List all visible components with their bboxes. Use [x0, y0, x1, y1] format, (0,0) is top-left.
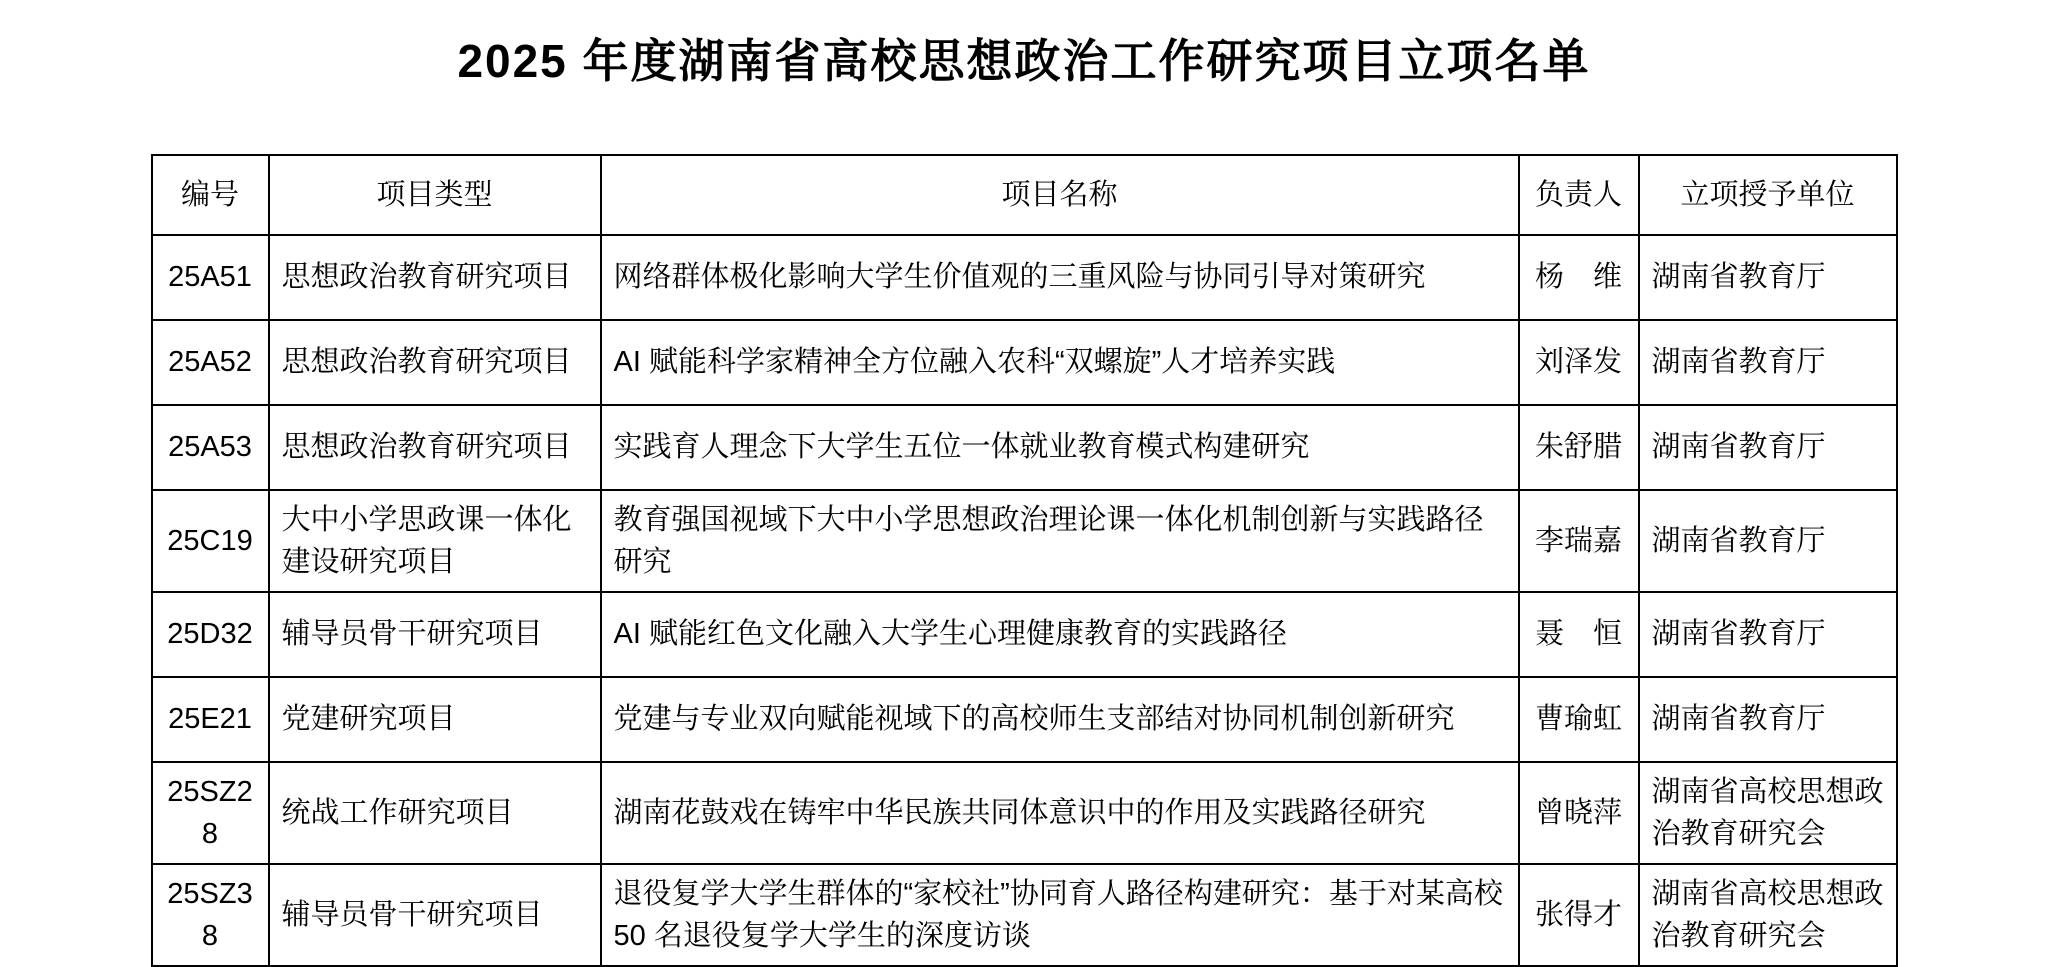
- cell-project-unit: 湖南省教育厅: [1639, 677, 1897, 762]
- cell-project-name: 党建与专业双向赋能视域下的高校师生支部结对协同机制创新研究: [601, 677, 1519, 762]
- table-body: 25A51 思想政治教育研究项目 网络群体极化影响大学生价值观的三重风险与协同引…: [152, 235, 1897, 966]
- cell-project-leader: 曹瑜虹: [1519, 677, 1639, 762]
- cell-project-name: 退役复学大学生群体的“家校社”协同育人路径构建研究：基于对某高校 50 名退役复…: [601, 864, 1519, 966]
- cell-project-id: 25A53: [152, 405, 269, 490]
- cell-project-unit: 湖南省教育厅: [1639, 320, 1897, 405]
- cell-project-leader: 张得才: [1519, 864, 1639, 966]
- cell-project-type: 大中小学思政课一体化建设研究项目: [269, 490, 601, 592]
- cell-project-id: 25SZ28: [152, 762, 269, 864]
- cell-project-name: 湖南花鼓戏在铸牢中华民族共同体意识中的作用及实践路径研究: [601, 762, 1519, 864]
- document-page: 2025 年度湖南省高校思想政治工作研究项目立项名单 编号 项目类型 项目名称 …: [0, 0, 2048, 967]
- cell-project-leader: 曾晓萍: [1519, 762, 1639, 864]
- cell-project-name: AI 赋能科学家精神全方位融入农科“双螺旋”人才培养实践: [601, 320, 1519, 405]
- table-row: 25A52 思想政治教育研究项目 AI 赋能科学家精神全方位融入农科“双螺旋”人…: [152, 320, 1897, 405]
- cell-project-leader: 聂 恒: [1519, 592, 1639, 677]
- table-row: 25E21 党建研究项目 党建与专业双向赋能视域下的高校师生支部结对协同机制创新…: [152, 677, 1897, 762]
- cell-project-id: 25D32: [152, 592, 269, 677]
- table-row: 25A53 思想政治教育研究项目 实践育人理念下大学生五位一体就业教育模式构建研…: [152, 405, 1897, 490]
- cell-project-type: 思想政治教育研究项目: [269, 320, 601, 405]
- cell-project-leader: 李瑞嘉: [1519, 490, 1639, 592]
- cell-project-name: AI 赋能红色文化融入大学生心理健康教育的实践路径: [601, 592, 1519, 677]
- table-row: 25A51 思想政治教育研究项目 网络群体极化影响大学生价值观的三重风险与协同引…: [152, 235, 1897, 320]
- cell-project-unit: 湖南省教育厅: [1639, 405, 1897, 490]
- cell-project-type: 辅导员骨干研究项目: [269, 864, 601, 966]
- cell-project-id: 25SZ38: [152, 864, 269, 966]
- cell-project-name: 实践育人理念下大学生五位一体就业教育模式构建研究: [601, 405, 1519, 490]
- cell-project-id: 25E21: [152, 677, 269, 762]
- cell-project-id: 25C19: [152, 490, 269, 592]
- cell-project-unit: 湖南省教育厅: [1639, 490, 1897, 592]
- header-row: 编号 项目类型 项目名称 负责人 立项授予单位: [152, 155, 1897, 235]
- cell-project-id: 25A51: [152, 235, 269, 320]
- column-header-id: 编号: [152, 155, 269, 235]
- projects-table: 编号 项目类型 项目名称 负责人 立项授予单位 25A51 思想政治教育研究项目…: [151, 154, 1898, 967]
- cell-project-type: 辅导员骨干研究项目: [269, 592, 601, 677]
- cell-project-type: 党建研究项目: [269, 677, 601, 762]
- cell-project-leader: 刘泽发: [1519, 320, 1639, 405]
- table-header: 编号 项目类型 项目名称 负责人 立项授予单位: [152, 155, 1897, 235]
- cell-project-name: 网络群体极化影响大学生价值观的三重风险与协同引导对策研究: [601, 235, 1519, 320]
- cell-project-unit: 湖南省高校思想政治教育研究会: [1639, 762, 1897, 864]
- cell-project-leader: 朱舒腊: [1519, 405, 1639, 490]
- cell-project-id: 25A52: [152, 320, 269, 405]
- table-row: 25C19 大中小学思政课一体化建设研究项目 教育强国视域下大中小学思想政治理论…: [152, 490, 1897, 592]
- cell-project-unit: 湖南省教育厅: [1639, 235, 1897, 320]
- cell-project-leader: 杨 维: [1519, 235, 1639, 320]
- table-row: 25D32 辅导员骨干研究项目 AI 赋能红色文化融入大学生心理健康教育的实践路…: [152, 592, 1897, 677]
- cell-project-unit: 湖南省高校思想政治教育研究会: [1639, 864, 1897, 966]
- cell-project-name: 教育强国视域下大中小学思想政治理论课一体化机制创新与实践路径研究: [601, 490, 1519, 592]
- column-header-unit: 立项授予单位: [1639, 155, 1897, 235]
- cell-project-type: 统战工作研究项目: [269, 762, 601, 864]
- table-row: 25SZ28 统战工作研究项目 湖南花鼓戏在铸牢中华民族共同体意识中的作用及实践…: [152, 762, 1897, 864]
- column-header-type: 项目类型: [269, 155, 601, 235]
- table-row: 25SZ38 辅导员骨干研究项目 退役复学大学生群体的“家校社”协同育人路径构建…: [152, 864, 1897, 966]
- column-header-leader: 负责人: [1519, 155, 1639, 235]
- column-header-name: 项目名称: [601, 155, 1519, 235]
- page-title: 2025 年度湖南省高校思想政治工作研究项目立项名单: [0, 0, 2048, 92]
- cell-project-type: 思想政治教育研究项目: [269, 235, 601, 320]
- cell-project-unit: 湖南省教育厅: [1639, 592, 1897, 677]
- cell-project-type: 思想政治教育研究项目: [269, 405, 601, 490]
